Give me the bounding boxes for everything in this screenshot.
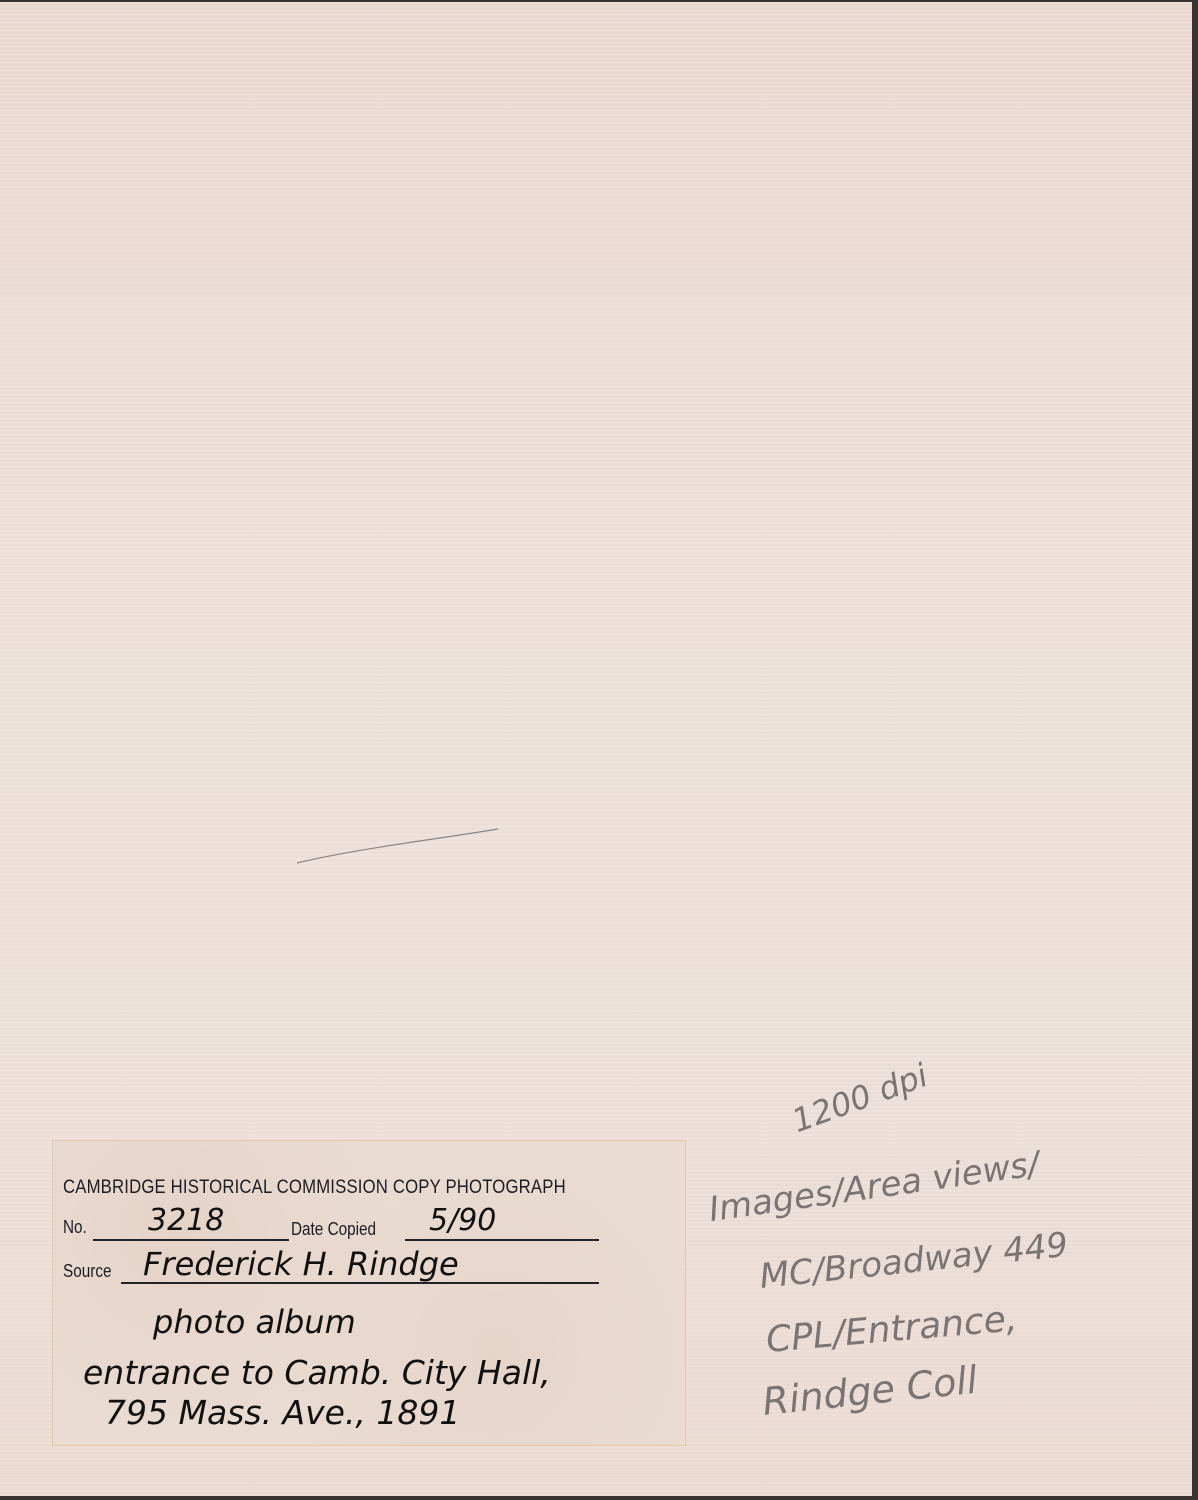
source-value: Frederick H. Rindge <box>143 1245 459 1283</box>
source-field-label: Source <box>63 1261 111 1282</box>
date-copied-label: Date Copied <box>291 1219 376 1240</box>
handwritten-line-3: 795 Mass. Ave., 1891 <box>105 1393 460 1432</box>
handwritten-line-2: entrance to Camb. City Hall, <box>83 1353 551 1392</box>
number-field-label: No. <box>63 1217 87 1238</box>
pencil-note-line-1: Images/Area views/ <box>706 1144 1041 1230</box>
pencil-note-line-2: MC/Broadway 449 <box>758 1225 1070 1297</box>
pencil-note-line-4: Rindge Coll <box>760 1358 979 1424</box>
number-value: 3218 <box>148 1203 224 1238</box>
date-copied-line <box>405 1239 599 1241</box>
copy-photograph-label: CAMBRIDGE HISTORICAL COMMISSION COPY PHO… <box>52 1140 686 1446</box>
label-title: CAMBRIDGE HISTORICAL COMMISSION COPY PHO… <box>63 1177 566 1199</box>
handwritten-line-1: photo album <box>153 1303 356 1341</box>
pencil-resolution-note: 1200 dpi <box>787 1056 933 1140</box>
pencil-note-line-3: CPL/Entrance, <box>764 1298 1018 1361</box>
number-field-line <box>93 1239 289 1241</box>
photograph-back: CAMBRIDGE HISTORICAL COMMISSION COPY PHO… <box>0 2 1192 1496</box>
pencil-stroke-mark <box>295 827 500 867</box>
date-copied-value: 5/90 <box>429 1203 496 1238</box>
